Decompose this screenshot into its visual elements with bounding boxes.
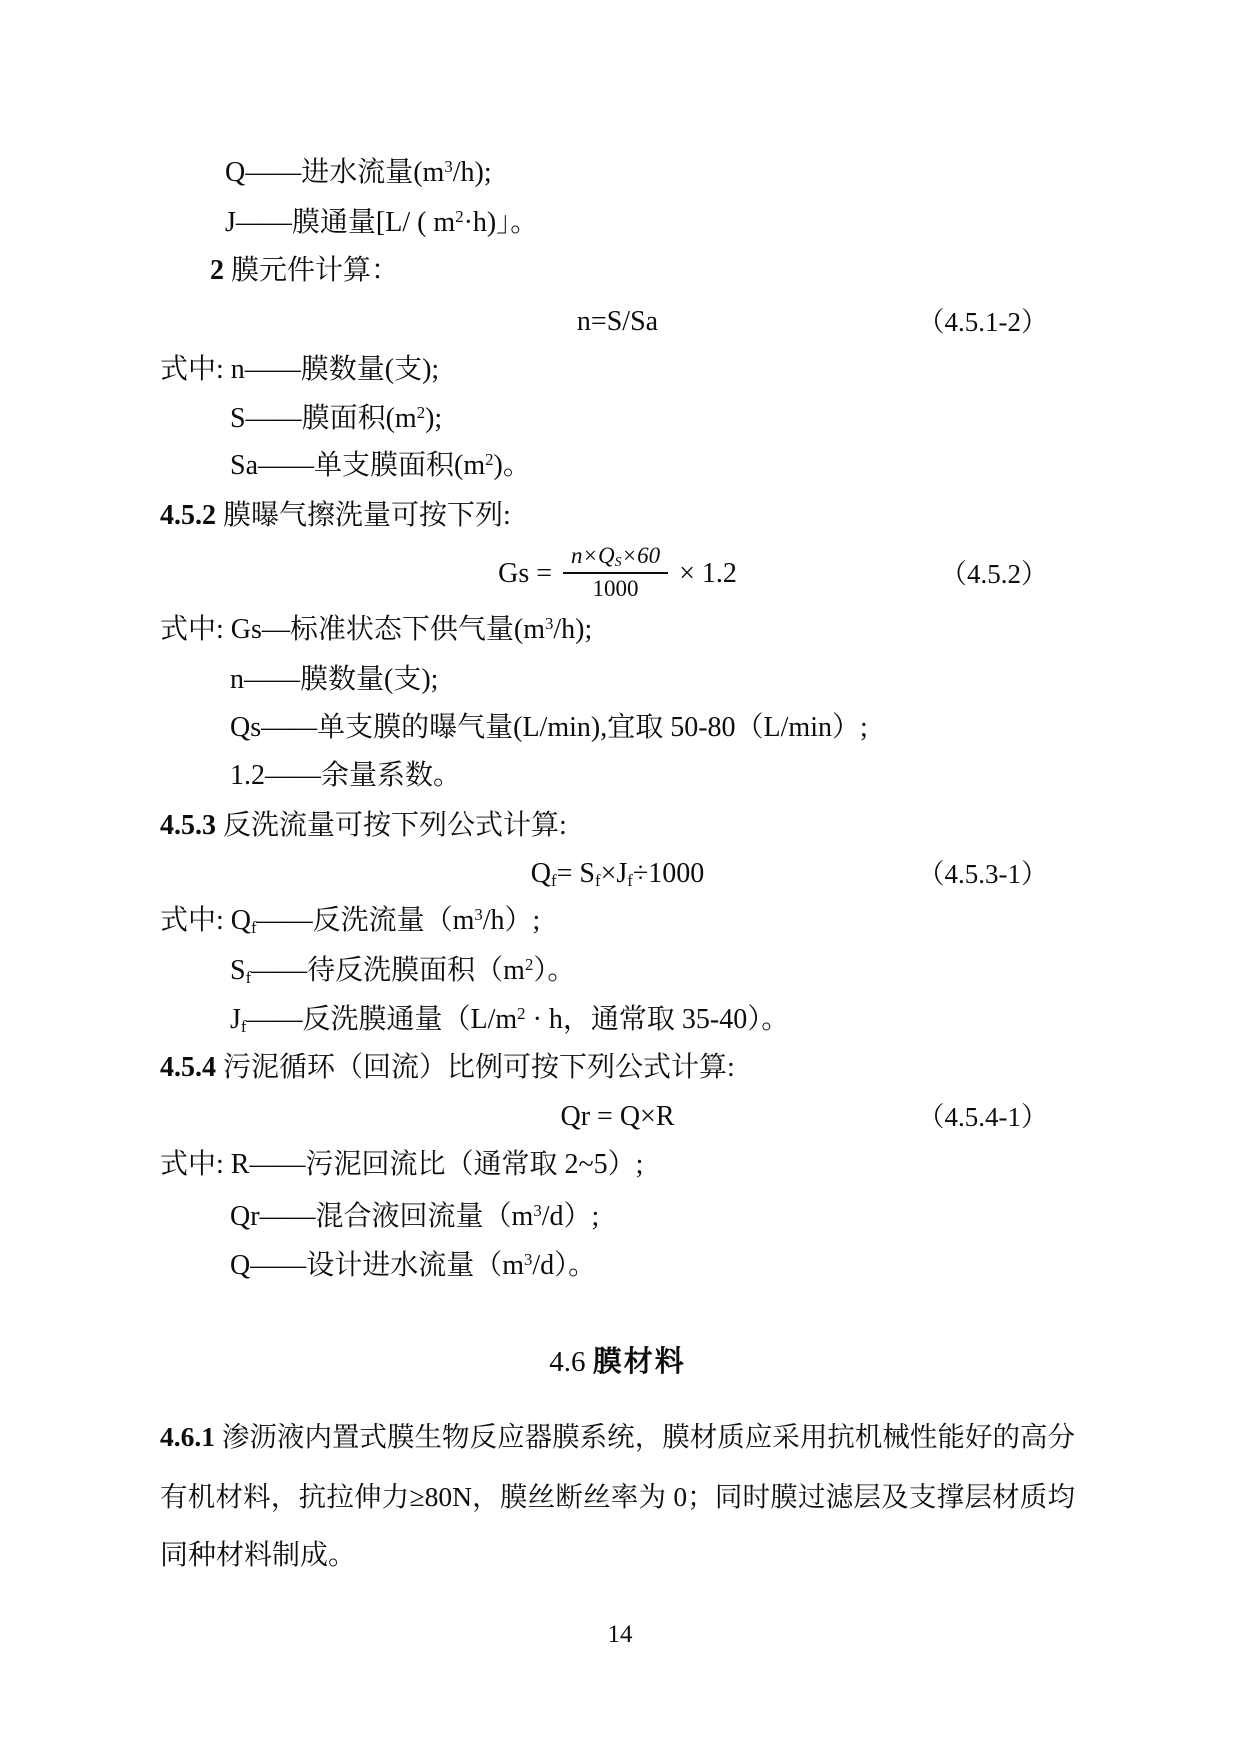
formula-4-5-1-2-equation-number: （4.5.1-2） [918, 300, 1049, 344]
heading-4-6-membrane-material: 4.6 膜材料 [160, 1340, 1075, 1384]
line-shizhong-r: 式中: R——污泥回流比（通常取 2~5）; [160, 1143, 1075, 1187]
line-q-design-inflow: Q——设计进水流量（m3/d）。 [160, 1244, 1075, 1288]
para-4-6-1-line1: 4.6.1 渗沥液内置式膜生物反应器膜系统，膜材质应采用抗机械性能好的高分子 [160, 1415, 1075, 1459]
line-shizhong-gs: 式中: Gs—标准状态下供气量(m3/h); [160, 608, 1075, 652]
fraction: n×QS×601000 [563, 542, 668, 604]
line-4-5-4-head: 4.5.4 污泥循环（回流）比例可按下列公式计算: [160, 1046, 1075, 1090]
line-sa-single-membrane-area: Sa——单支膜面积(m2)。 [160, 444, 1075, 488]
line-j-flux: J——膜通量[L/ ( m2·h)」。 [160, 201, 1075, 245]
para-4-6-1-line3: 同种材料制成。 [160, 1534, 1075, 1578]
line-sf-backwash-area: Sf——待反洗膜面积（m2）。 [160, 949, 1075, 993]
line-n-membrane-count: n——膜数量(支); [160, 658, 1075, 702]
line-qr-mixed-liquor-return: Qr——混合液回流量（m3/d）; [160, 1195, 1075, 1239]
page-number: 14 [0, 1613, 1240, 1657]
line-shizhong-qf: 式中: Qf——反洗流量（m3/h）; [160, 899, 1075, 943]
document-page: Q——进水流量(m3/h);J——膜通量[L/ ( m2·h)」。2 膜元件计算… [0, 0, 1240, 1753]
formula-4-5-3-1: Qf= Sf×Jf÷1000（4.5.3-1） [160, 852, 1075, 896]
line-4-5-3-head: 4.5.3 反洗流量可按下列公式计算: [160, 804, 1075, 848]
para-4-6-1-line2: 有机材料，抗拉伸力≥80N，膜丝断丝率为 0；同时膜过滤层及支撑层材质均为 [160, 1475, 1075, 1519]
line-margin-coefficient: 1.2——余量系数。 [160, 754, 1075, 798]
document-content: Q——进水流量(m3/h);J——膜通量[L/ ( m2·h)」。2 膜元件计算… [0, 0, 1240, 1753]
formula-4-5-4-1-equation-number: （4.5.4-1） [918, 1095, 1049, 1139]
line-q-inflow: Q——进水流量(m3/h); [160, 151, 1075, 195]
line-s-membrane-area: S——膜面积(m2); [160, 397, 1075, 441]
line-shizhong-n: 式中: n——膜数量(支); [160, 348, 1075, 392]
formula-4-5-3-1-equation-number: （4.5.3-1） [918, 852, 1049, 896]
formula-4-5-1-2: n=S/Sa（4.5.1-2） [160, 300, 1075, 344]
line-jf-backwash-flux: Jf——反洗膜通量（L/m2 · h，通常取 35-40）。 [160, 998, 1075, 1042]
line-qs-aeration: Qs——单支膜的曝气量(L/min),宜取 50-80（L/min）; [160, 706, 1075, 750]
line-2-membrane-element-calc: 2 膜元件计算： [160, 249, 1075, 293]
formula-4-5-4-1: Qr = Q×R（4.5.4-1） [160, 1095, 1075, 1139]
